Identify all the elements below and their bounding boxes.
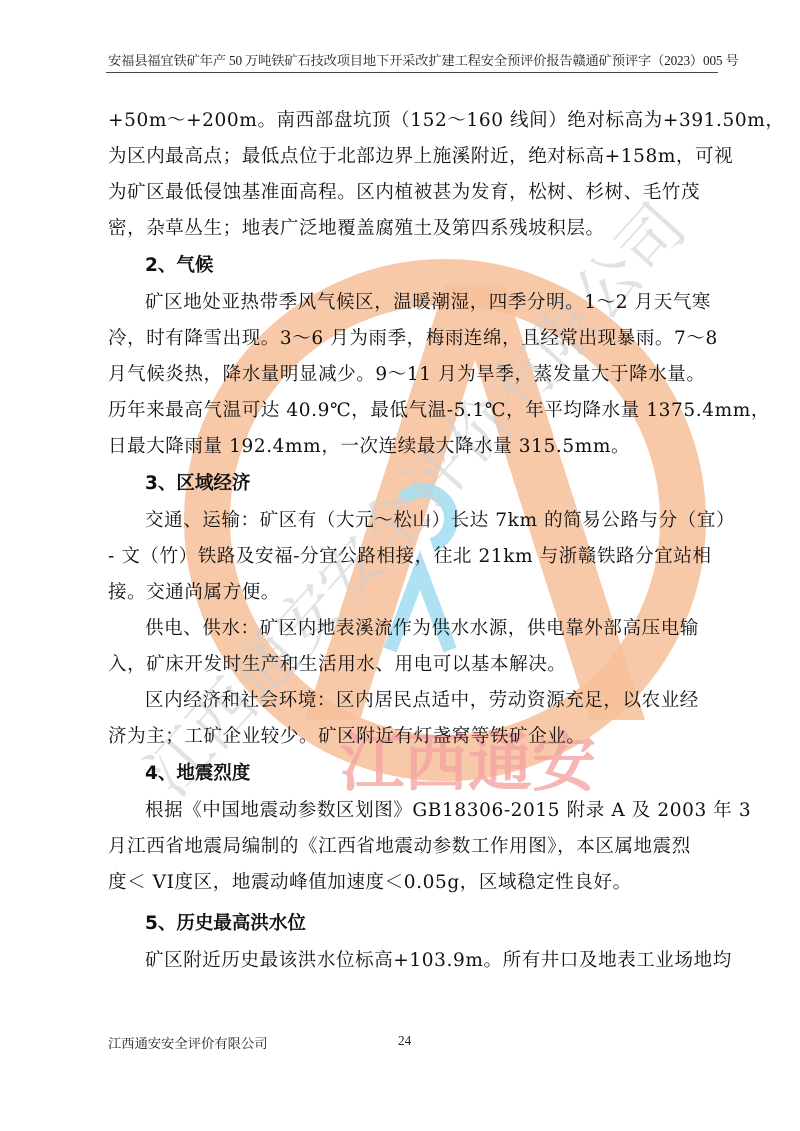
footer-company-name: 江西通安安全评价有限公司 [108,1033,268,1052]
paragraph-climate: 矿区地处亚热带季风气候区，温暖潮湿，四季分明。1～2 月天气寒 冷，时有降雪出现… [108,285,720,465]
text-line: 接。交通尚属方便。 [108,575,720,611]
document-page: 江西通安 江西通安安全评价有限公司 安福县福宜铁矿年产 50 万吨铁矿石技改项目… [0,0,800,1131]
text-line: 日最大降雨量 192.4mm，一次连续最大降水量 315.5mm。 [108,429,720,465]
text-line: 为矿区最低侵蚀基准面高程。区内植被甚为发育，松树、杉树、毛竹茂 [108,175,720,211]
text-line: 济为主；工矿企业较少。矿区附近有灯盏窝等铁矿企业。 [108,719,720,755]
text-line: 密，杂草丛生；地表广泛地覆盖腐殖土及第四系残坡积层。 [108,211,720,247]
page-header: 安福县福宜铁矿年产 50 万吨铁矿石技改项目地下开采改扩建工程安全预评价报告 赣… [108,50,718,69]
text-line: 度＜ VI度区，地震动峰值加速度＜0.05g，区域稳定性良好。 [108,865,720,901]
text-line: 月气候炎热，降水量明显减少。9～11 月为旱季，蒸发量大于降水量。 [108,357,720,393]
text-line: 矿区地处亚热带季风气候区，温暖潮湿，四季分明。1～2 月天气寒 [108,285,720,321]
report-title: 安福县福宜铁矿年产 50 万吨铁矿石技改项目地下开采改扩建工程安全预评价报告 [108,50,572,69]
text-line: 供电、供水：矿区内地表溪流作为供水水源，供电靠外部高压电输 [108,611,720,647]
text-line: - 文（竹）铁路及安福-分宜公路相接，往北 21km 与浙赣铁路分宜站相 [108,539,720,575]
paragraph-economy-environment: 区内经济和社会环境：区内居民点适中，劳动资源充足，以农业经 济为主；工矿企业较少… [108,683,720,755]
paragraph-transport: 交通、运输：矿区有（大元～松山）长达 7km 的简易公路与分（宜） - 文（竹）… [108,503,720,611]
paragraph-seismic: 根据《中国地震动参数区划图》GB18306-2015 附录 A 及 2003 年… [108,793,720,901]
text-line: 矿区附近历史最该洪水位标高+103.9m。所有井口及地表工业场地均 [108,943,720,979]
page-number: 24 [398,1033,411,1049]
header-divider [106,72,718,73]
section-heading-flood-level: 5、历史最高洪水位 [108,905,720,943]
text-line: 根据《中国地震动参数区划图》GB18306-2015 附录 A 及 2003 年… [108,793,720,829]
paragraph-terrain: +50m～+200m。南西部盘坑顶（152～160 线间）绝对标高为+391.5… [108,103,720,247]
text-line: 冷，时有降雪出现。3～6 月为雨季，梅雨连绵，且经常出现暴雨。7～8 [108,321,720,357]
text-line: 交通、运输：矿区有（大元～松山）长达 7km 的简易公路与分（宜） [108,503,720,539]
paragraph-flood: 矿区附近历史最该洪水位标高+103.9m。所有井口及地表工业场地均 [108,943,720,979]
text-line: +50m～+200m。南西部盘坑顶（152～160 线间）绝对标高为+391.5… [108,103,720,139]
text-line: 区内经济和社会环境：区内居民点适中，劳动资源充足，以农业经 [108,683,720,719]
document-number: 赣通矿预评字（2023）005 号 [572,50,738,69]
document-body: +50m～+200m。南西部盘坑顶（152～160 线间）绝对标高为+391.5… [108,103,720,979]
section-heading-regional-economy: 3、区域经济 [108,465,720,503]
section-heading-seismic-intensity: 4、地震烈度 [108,755,720,793]
text-line: 为区内最高点；最低点位于北部边界上施溪附近，绝对标高+158m，可视 [108,139,720,175]
section-heading-climate: 2、气候 [108,247,720,285]
text-line: 月江西省地震局编制的《江西省地震动参数工作用图》，本区属地震烈 [108,829,720,865]
text-line: 入，矿床开发时生产和生活用水、用电可以基本解决。 [108,647,720,683]
text-line: 历年来最高气温可达 40.9℃，最低气温-5.1℃，年平均降水量 1375.4m… [108,393,720,429]
paragraph-power-water: 供电、供水：矿区内地表溪流作为供水水源，供电靠外部高压电输 入，矿床开发时生产和… [108,611,720,683]
